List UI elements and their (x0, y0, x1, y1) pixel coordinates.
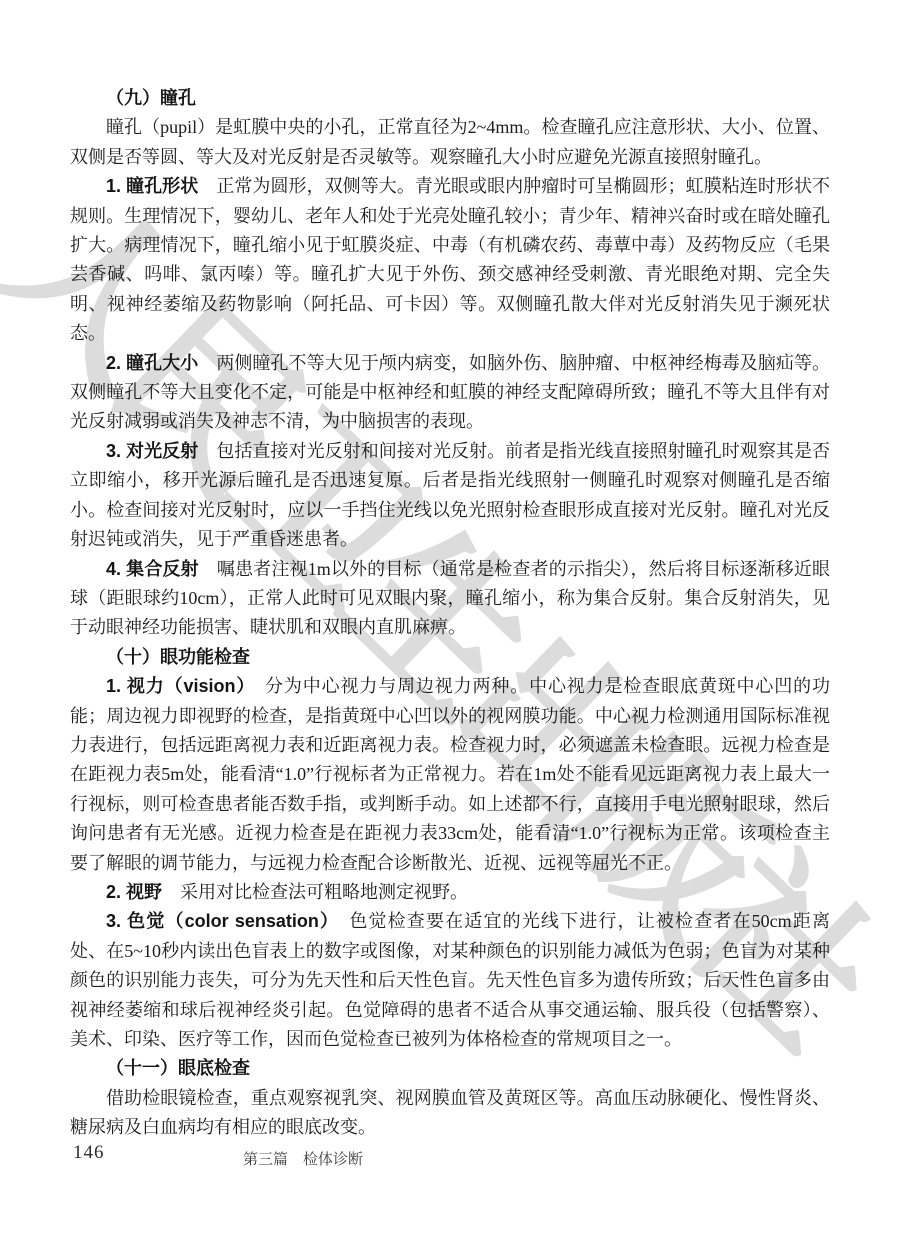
paragraph-convergence-reflex: 4. 集合反射 嘱患者注视1m以外的目标（通常是检查者的示指尖），然后将目标逐渐… (70, 555, 830, 643)
paragraph-text: 正常为圆形，双侧等大。青光眼或眼内肿瘤时可呈椭圆形；虹膜粘连时形状不规则。生理情… (70, 176, 830, 343)
paragraph-text: 分为中心视力与周边视力两种。中心视力是检查眼底黄斑中心凹的功能；周边视力即视野的… (70, 676, 830, 872)
paragraph-label: 1. 视力（vision） (106, 676, 246, 696)
paragraph-label: 2. 瞳孔大小 (106, 353, 198, 373)
footer-chapter-title: 第三篇 检体诊断 (0, 1148, 606, 1169)
paragraph-pupil-intro: 瞳孔（pupil）是虹膜中央的小孔，正常直径为2~4mm。检查瞳孔应注意形状、大… (70, 113, 830, 172)
paragraph-vision: 1. 视力（vision） 分为中心视力与周边视力两种。中心视力是检查眼底黄斑中… (70, 672, 830, 878)
paragraph-label: 4. 集合反射 (106, 559, 199, 579)
paragraph-fundus-exam: 借助检眼镜检查，重点观察视乳突、视网膜血管及黄斑区等。高血压动脉硬化、慢性肾炎、… (70, 1084, 830, 1143)
textbook-page: 人民卫生出版社 （九）瞳孔 瞳孔（pupil）是虹膜中央的小孔，正常直径为2~4… (0, 0, 900, 1234)
paragraph-label: 1. 瞳孔形状 (106, 176, 198, 196)
paragraph-label: 3. 色觉（color sensation） (106, 911, 330, 931)
paragraph-visual-field: 2. 视野 采用对比检查法可粗略地测定视野。 (70, 878, 830, 907)
paragraph-label: 2. 视野 (106, 882, 162, 902)
page-body-text: （九）瞳孔 瞳孔（pupil）是虹膜中央的小孔，正常直径为2~4mm。检查瞳孔应… (70, 84, 830, 1143)
paragraph-text: 色觉检查要在适宜的光线下进行，让被检查者在50cm距离处、在5~10秒内读出色盲… (70, 911, 830, 1049)
paragraph-pupil-size: 2. 瞳孔大小 两侧瞳孔不等大见于颅内病变，如脑外伤、脑肿瘤、中枢神经梅毒及脑疝… (70, 349, 830, 437)
paragraph-pupil-shape: 1. 瞳孔形状 正常为圆形，双侧等大。青光眼或眼内肿瘤时可呈椭圆形；虹膜粘连时形… (70, 172, 830, 348)
section-heading-fundus-exam: （十一）眼底检查 (70, 1054, 830, 1083)
paragraph-label: 3. 对光反射 (106, 441, 198, 461)
section-heading-eye-function: （十）眼功能检查 (70, 643, 830, 672)
paragraph-text: 借助检眼镜检查，重点观察视乳突、视网膜血管及黄斑区等。高血压动脉硬化、慢性肾炎、… (70, 1088, 830, 1137)
paragraph-text: 瞳孔（pupil）是虹膜中央的小孔，正常直径为2~4mm。检查瞳孔应注意形状、大… (70, 117, 830, 166)
section-heading-pupil: （九）瞳孔 (70, 84, 830, 113)
paragraph-text: 采用对比检查法可粗略地测定视野。 (162, 882, 468, 902)
paragraph-color-sensation: 3. 色觉（color sensation） 色觉检查要在适宜的光线下进行，让被… (70, 907, 830, 1054)
paragraph-light-reflex: 3. 对光反射 包括直接对光反射和间接对光反射。前者是指光线直接照射瞳孔时观察其… (70, 437, 830, 555)
